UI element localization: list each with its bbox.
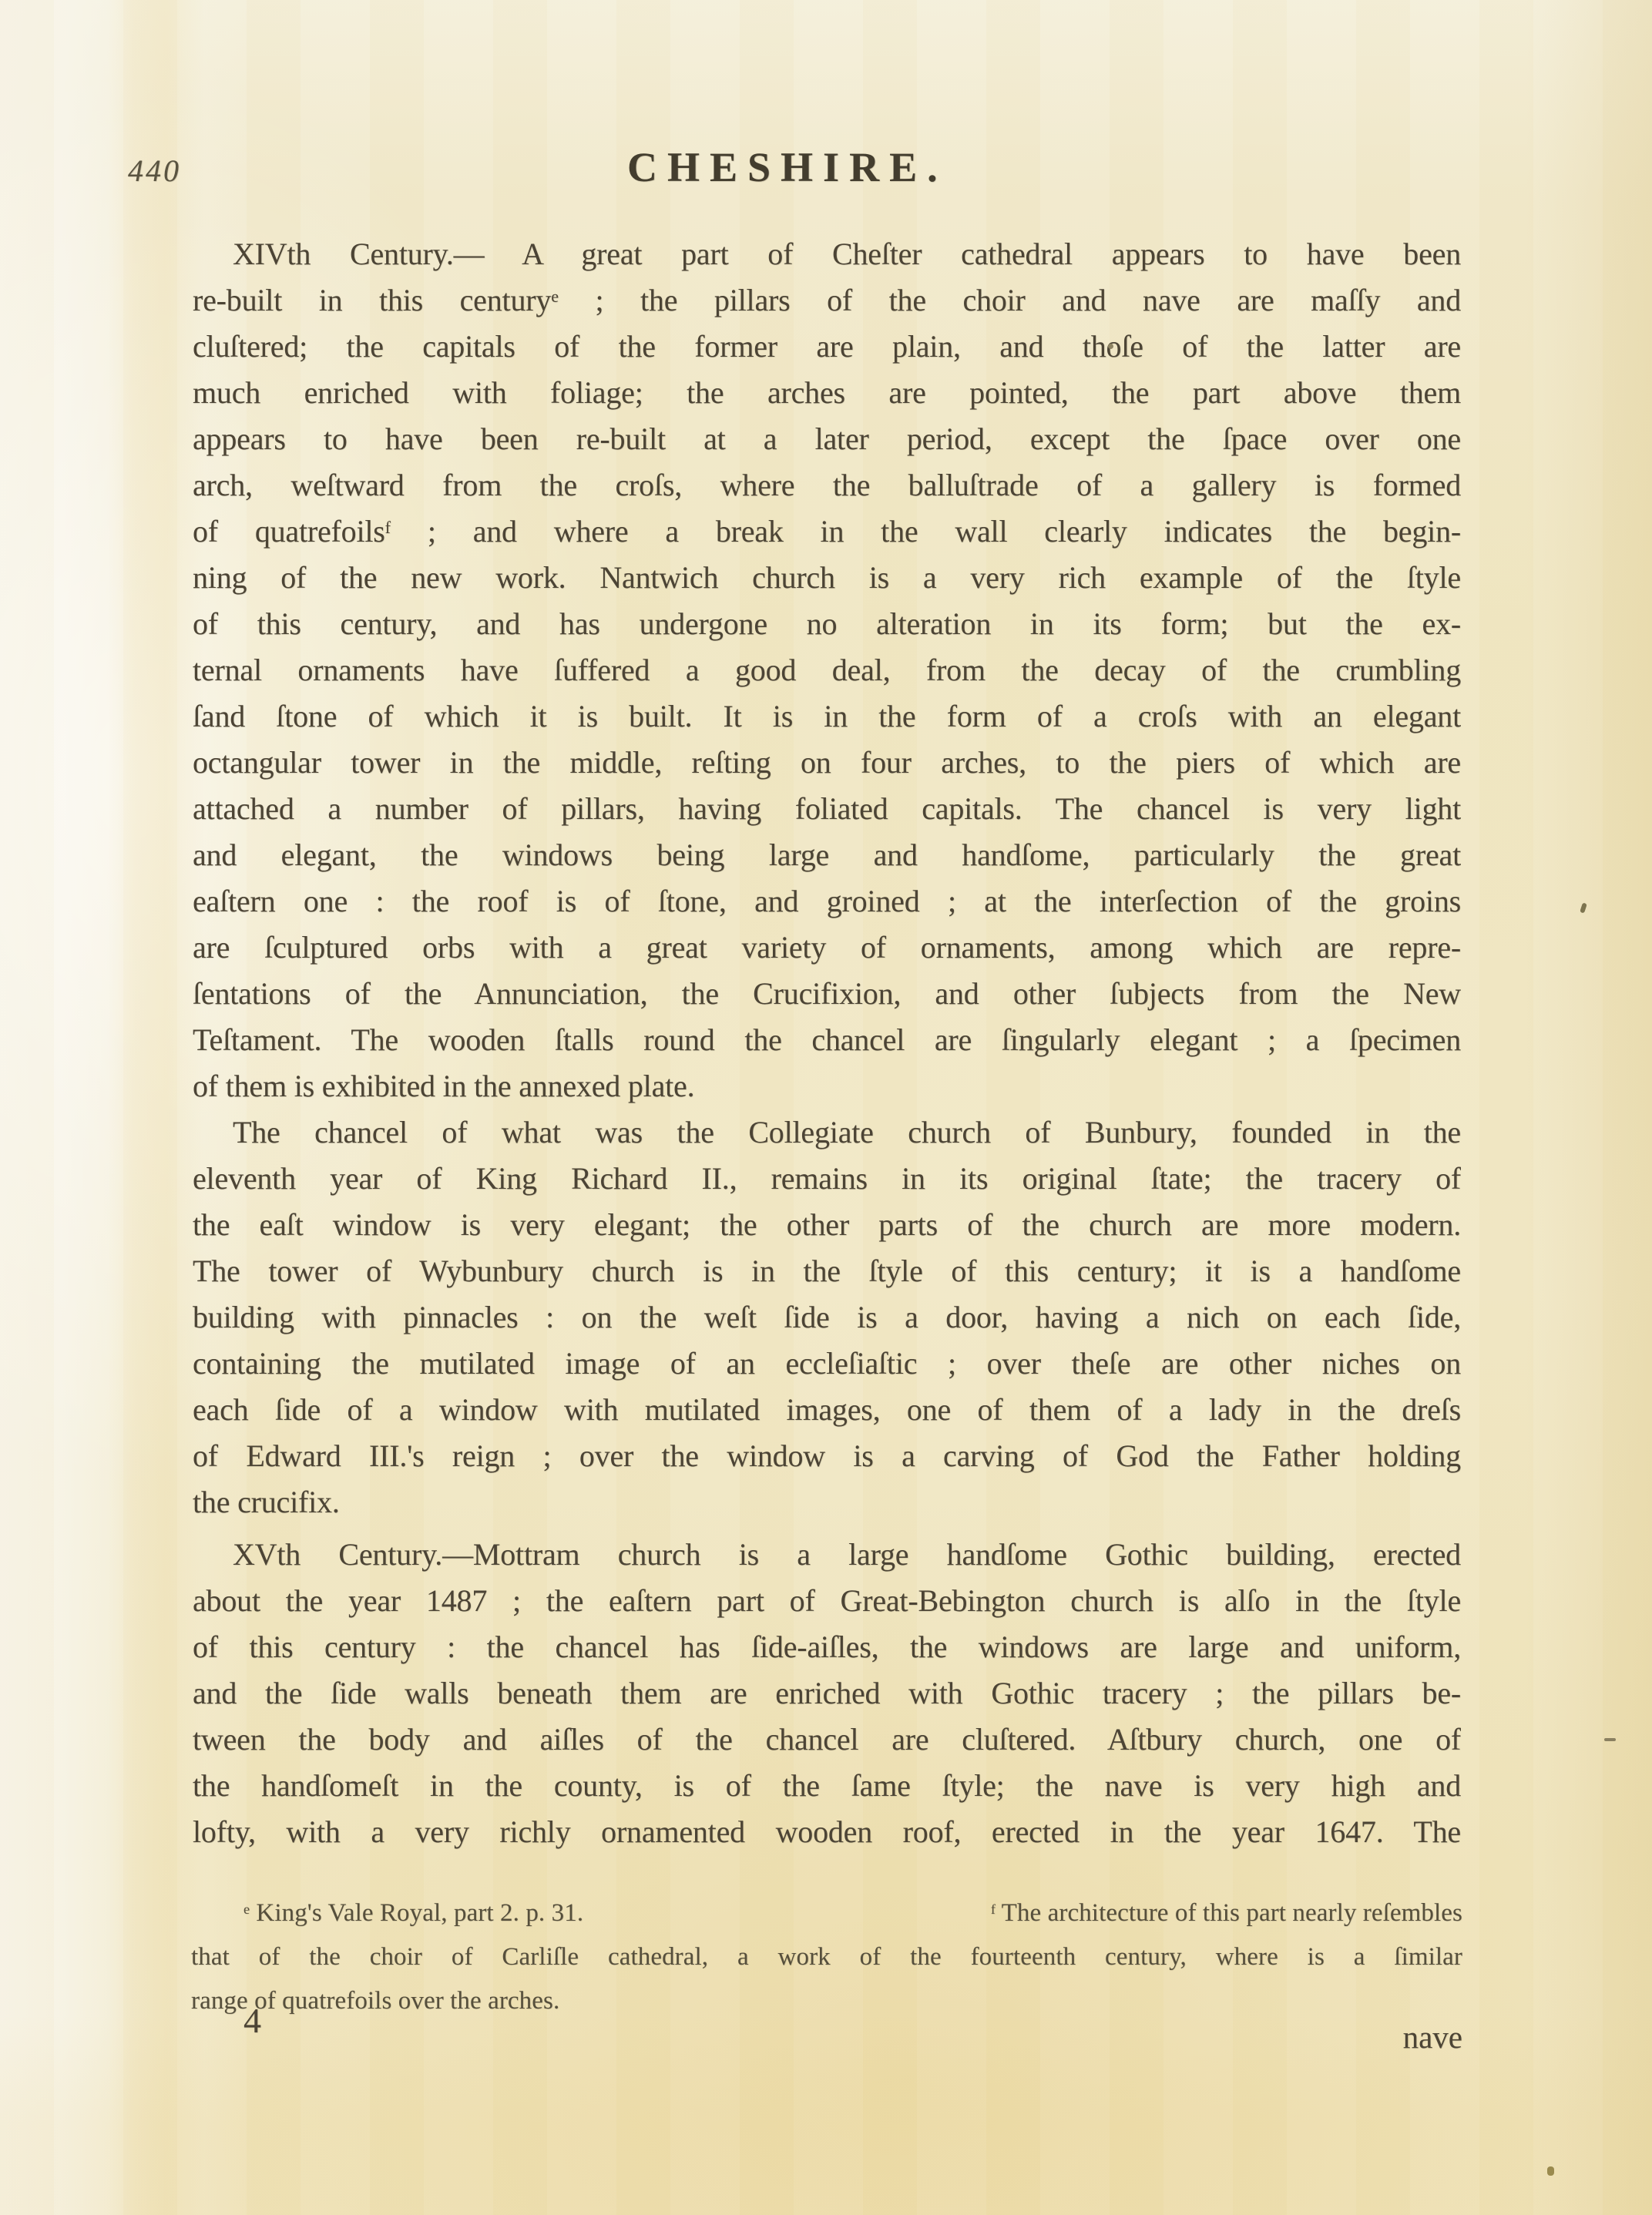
text-line: of Edward III.'s reign ; over the window…: [193, 1433, 1461, 1479]
text-line: cluſtered; the capitals of the former ar…: [193, 324, 1461, 370]
text-line: ſentations of the Annunciation, the Cruc…: [193, 971, 1461, 1017]
ink-speck: [1108, 344, 1113, 349]
text-line: octangular tower in the middle, reſting …: [193, 740, 1461, 786]
ink-speck: [1580, 902, 1587, 913]
footnote-e: e King's Vale Royal, part 2. p. 31.: [191, 1891, 583, 1935]
text-line: Teſtament. The wooden ſtalls round the c…: [193, 1017, 1461, 1063]
footnotes: e King's Vale Royal, part 2. p. 31. f Th…: [191, 1891, 1462, 2023]
text-line: each ſide of a window with mutilated ima…: [193, 1387, 1461, 1433]
body-text: XIVth Century.— A great part of Cheſter …: [193, 231, 1461, 1855]
text-line: The chancel of what was the Collegiate c…: [193, 1109, 1461, 1156]
text-line: and elegant, the windows being large and…: [193, 832, 1461, 878]
text-line: ning of the new work. Nantwich church is…: [193, 555, 1461, 601]
text-line: re-built in this centurye ; the pillars …: [193, 277, 1461, 324]
ink-speck: [1604, 1738, 1616, 1741]
page-number: 440: [128, 156, 181, 186]
footnote-line: that of the choir of Carliſle cathedral,…: [191, 1935, 1462, 1979]
text-line: XVth Century.—Mottram church is a large …: [193, 1532, 1461, 1578]
text-line: attached a number of pillars, having fol…: [193, 786, 1461, 832]
text-line: tween the body and aiſles of the chancel…: [193, 1717, 1461, 1763]
ink-speck: [1547, 2166, 1554, 2176]
text-line: ternal ornaments have ſuffered a good de…: [193, 647, 1461, 693]
catchword: nave: [1403, 2022, 1462, 2053]
text-line: ſand ſtone of which it is built. It is i…: [193, 693, 1461, 740]
text-line: of quatrefoilsf ; and where a break in t…: [193, 508, 1461, 555]
paragraph: XIVth Century.— A great part of Cheſter …: [193, 231, 1461, 1109]
paragraph: XVth Century.—Mottram church is a large …: [193, 1532, 1461, 1855]
text-line: the crucifix.: [193, 1479, 1461, 1525]
running-header: CHESHIRE.: [627, 146, 948, 188]
text-line: XIVth Century.— A great part of Cheſter …: [193, 231, 1461, 277]
text-line: and the ſide walls beneath them are enri…: [193, 1670, 1461, 1717]
text-line: much enriched with foliage; the arches a…: [193, 370, 1461, 416]
text-line: The tower of Wybunbury church is in the …: [193, 1248, 1461, 1294]
text-line: about the year 1487 ; the eaſtern part o…: [193, 1578, 1461, 1624]
text-line: containing the mutilated image of an ecc…: [193, 1341, 1461, 1387]
footnote-line: range of quatrefoils over the arches.: [191, 1979, 1462, 2023]
footnote-line: e King's Vale Royal, part 2. p. 31. f Th…: [191, 1891, 1462, 1935]
text-line: the eaſt window is very elegant; the oth…: [193, 1202, 1461, 1248]
paragraph: The chancel of what was the Collegiate c…: [193, 1109, 1461, 1525]
text-line: lofty, with a very richly ornamented woo…: [193, 1809, 1461, 1855]
text-line: eleventh year of King Richard II., remai…: [193, 1156, 1461, 1202]
text-line: of them is exhibited in the annexed plat…: [193, 1063, 1461, 1109]
text-line: eaſtern one : the roof is of ſtone, and …: [193, 878, 1461, 925]
text-line: arch, weſtward from the croſs, where the…: [193, 462, 1461, 508]
text-line: building with pinnacles : on the weſt ſi…: [193, 1294, 1461, 1341]
book-page: 440 CHESHIRE. XIVth Century.— A great pa…: [0, 0, 1652, 2215]
text-line: of this century, and has undergone no al…: [193, 601, 1461, 647]
text-line: the handſomeſt in the county, is of the …: [193, 1763, 1461, 1809]
footnote-f: f The architecture of this part nearly r…: [991, 1891, 1462, 1935]
text-line: are ſculptured orbs with a great variety…: [193, 925, 1461, 971]
text-line: appears to have been re-built at a later…: [193, 416, 1461, 462]
text-line: of this century : the chancel has ſide-a…: [193, 1624, 1461, 1670]
signature-mark: 4: [243, 2003, 261, 2039]
